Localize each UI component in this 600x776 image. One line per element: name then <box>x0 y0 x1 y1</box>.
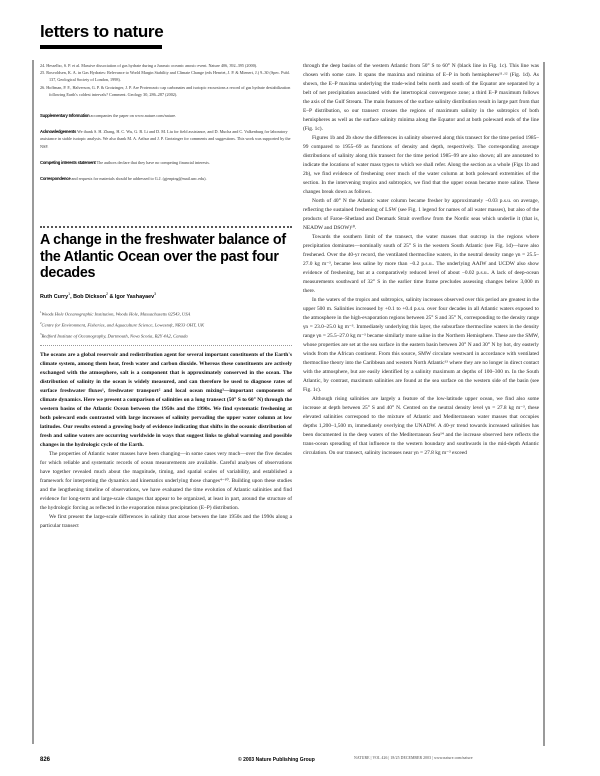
body-text-left: The properties of Atlantic water masses … <box>40 450 292 531</box>
reference-list: 24. Hesselbo, S. P. et al. Massive disso… <box>40 62 292 98</box>
affiliation-divider <box>40 345 292 346</box>
affiliation-item: 2Centre for Environment, Fisheries, and … <box>40 319 292 330</box>
left-column: 24. Hesselbo, S. P. et al. Massive disso… <box>40 62 292 531</box>
running-header: letters to nature <box>40 22 163 49</box>
reference-number: 25. <box>40 70 45 75</box>
right-column: through the deep basins of the western A… <box>303 62 539 458</box>
body-paragraph: We first present the large-scale differe… <box>40 513 292 531</box>
reference-item: 24. Hesselbo, S. P. et al. Massive disso… <box>40 62 292 69</box>
abstract: The oceans are a global reservoir and re… <box>40 351 292 450</box>
page-number: 826 <box>40 757 50 763</box>
body-paragraph: through the deep basins of the western A… <box>303 62 539 134</box>
supplementary-text[interactable]: accompanies the paper on www.nature.com/… <box>89 113 176 118</box>
reference-text: Rosvoldsen, K. A. in Gas Hydrates: Relev… <box>46 70 290 82</box>
section-title: letters to nature <box>40 22 163 42</box>
author-affil-sup: 3 <box>154 292 156 296</box>
affiliation-list: 1Woods Hole Oceanographic Institution, W… <box>40 308 292 341</box>
body-paragraph: Although rising salinities are largely a… <box>303 395 539 458</box>
affiliation-text: Centre for Environment, Fisheries, and A… <box>42 322 205 327</box>
body-paragraph: Figures 1b and 2b show the differences i… <box>303 134 539 197</box>
copyright-notice: © 2003 Nature Publishing Group <box>238 757 315 763</box>
author-name: Ruth Curry <box>40 294 68 300</box>
author-list: Ruth Curry1, Bob Dickson2 & Igor Yashaya… <box>40 292 292 300</box>
competing-text: The authors declare that they have no co… <box>96 160 210 165</box>
body-paragraph: In the waters of the tropics and subtrop… <box>303 296 539 395</box>
acknowledgements: Acknowledgements We thank S. H. Zhang, H… <box>40 128 292 150</box>
body-paragraph: Towards the southern limit of the transe… <box>303 233 539 296</box>
reference-item: 26. Hoffman, P. F., Halverson, G. P. & G… <box>40 84 292 98</box>
correspondence-text[interactable]: and requests for materials should be add… <box>70 176 206 181</box>
body-text-right: through the deep basins of the western A… <box>303 62 539 458</box>
right-column-rule <box>543 62 545 746</box>
author-name: Bob Dickson <box>73 294 106 300</box>
supplementary-info: Supplementary Information accompanies th… <box>40 112 292 119</box>
left-column-rule <box>32 60 34 744</box>
reference-number: 24. <box>40 63 45 68</box>
body-paragraph: North of 40° N the Atlantic water column… <box>303 197 539 233</box>
acknowledgements-text: We thank S. H. Zhang, H. C. Wu, G. B. Li… <box>40 129 291 148</box>
reference-text: Hoffman, P. F., Halverson, G. P. & Grotz… <box>46 85 290 97</box>
affiliation-item: 3Bedford Institute of Oceanography, Dart… <box>40 330 292 341</box>
affiliation-item: 1Woods Hole Oceanographic Institution, W… <box>40 308 292 319</box>
journal-info: NATURE | VOL 426 | 18/25 DECEMBER 2003 |… <box>354 756 473 760</box>
correspondence-lead: Correspondence <box>40 176 70 181</box>
section-divider <box>40 226 292 228</box>
article-title: A change in the freshwater balance of th… <box>40 232 292 282</box>
article-meta: Supplementary Information accompanies th… <box>40 112 292 182</box>
affiliation-text: Bedford Institute of Oceanography, Dartm… <box>42 333 188 338</box>
reference-number: 26. <box>40 85 45 90</box>
affiliation-text: Woods Hole Oceanographic Institution, Wo… <box>42 311 191 316</box>
correspondence: Correspondence and requests for material… <box>40 175 292 182</box>
supplementary-lead: Supplementary Information <box>40 113 89 118</box>
author-name: Igor Yashayaev <box>115 294 154 300</box>
acknowledgements-lead: Acknowledgements <box>40 129 76 134</box>
body-paragraph: The properties of Atlantic water masses … <box>40 450 292 513</box>
reference-item: 25. Rosvoldsen, K. A. in Gas Hydrates: R… <box>40 69 292 83</box>
competing-interests: Competing interests statement The author… <box>40 159 292 166</box>
author-separator: & <box>108 294 115 300</box>
reference-text: Hesselbo, S. P. et al. Massive dissociat… <box>46 63 257 68</box>
competing-lead: Competing interests statement <box>40 160 96 165</box>
header-rule <box>40 45 162 49</box>
